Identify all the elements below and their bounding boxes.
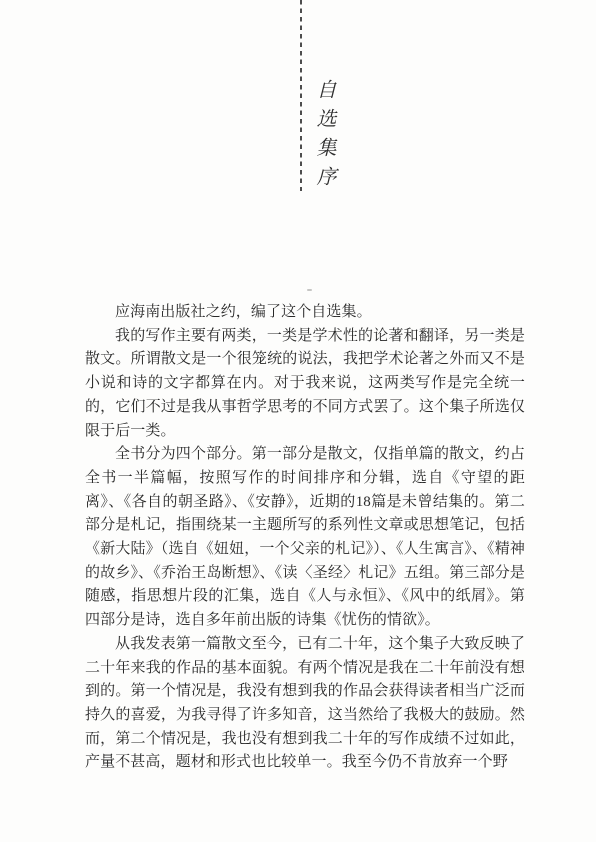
- paragraph-2: 我的写作主要有两类，一类是学术性的论著和翻译，另一类是散文。所谓散文是一个很笼统…: [85, 325, 525, 444]
- paragraph-4: 从我发表第一篇散文至今，已有二十年，这个集子大致反映了二十年来我的作品的基本面貌…: [85, 633, 525, 775]
- book-page: 自选集序 应海南出版社之约，编了这个自选集。 我的写作主要有两类，一类是学术性的…: [0, 0, 596, 842]
- chapter-title: 自选集序: [311, 79, 340, 195]
- vertical-dashed-divider: [300, 0, 302, 191]
- preface-body: 应海南出版社之约，编了这个自选集。 我的写作主要有两类，一类是学术性的论著和翻译…: [85, 301, 525, 775]
- paragraph-1: 应海南出版社之约，编了这个自选集。: [85, 301, 525, 325]
- paragraph-3: 全书分为四个部分。第一部分是散文，仅指单篇的散文，约占全书一半篇幅，按照写作的时…: [85, 443, 525, 633]
- scan-artifact-speck: [307, 289, 312, 291]
